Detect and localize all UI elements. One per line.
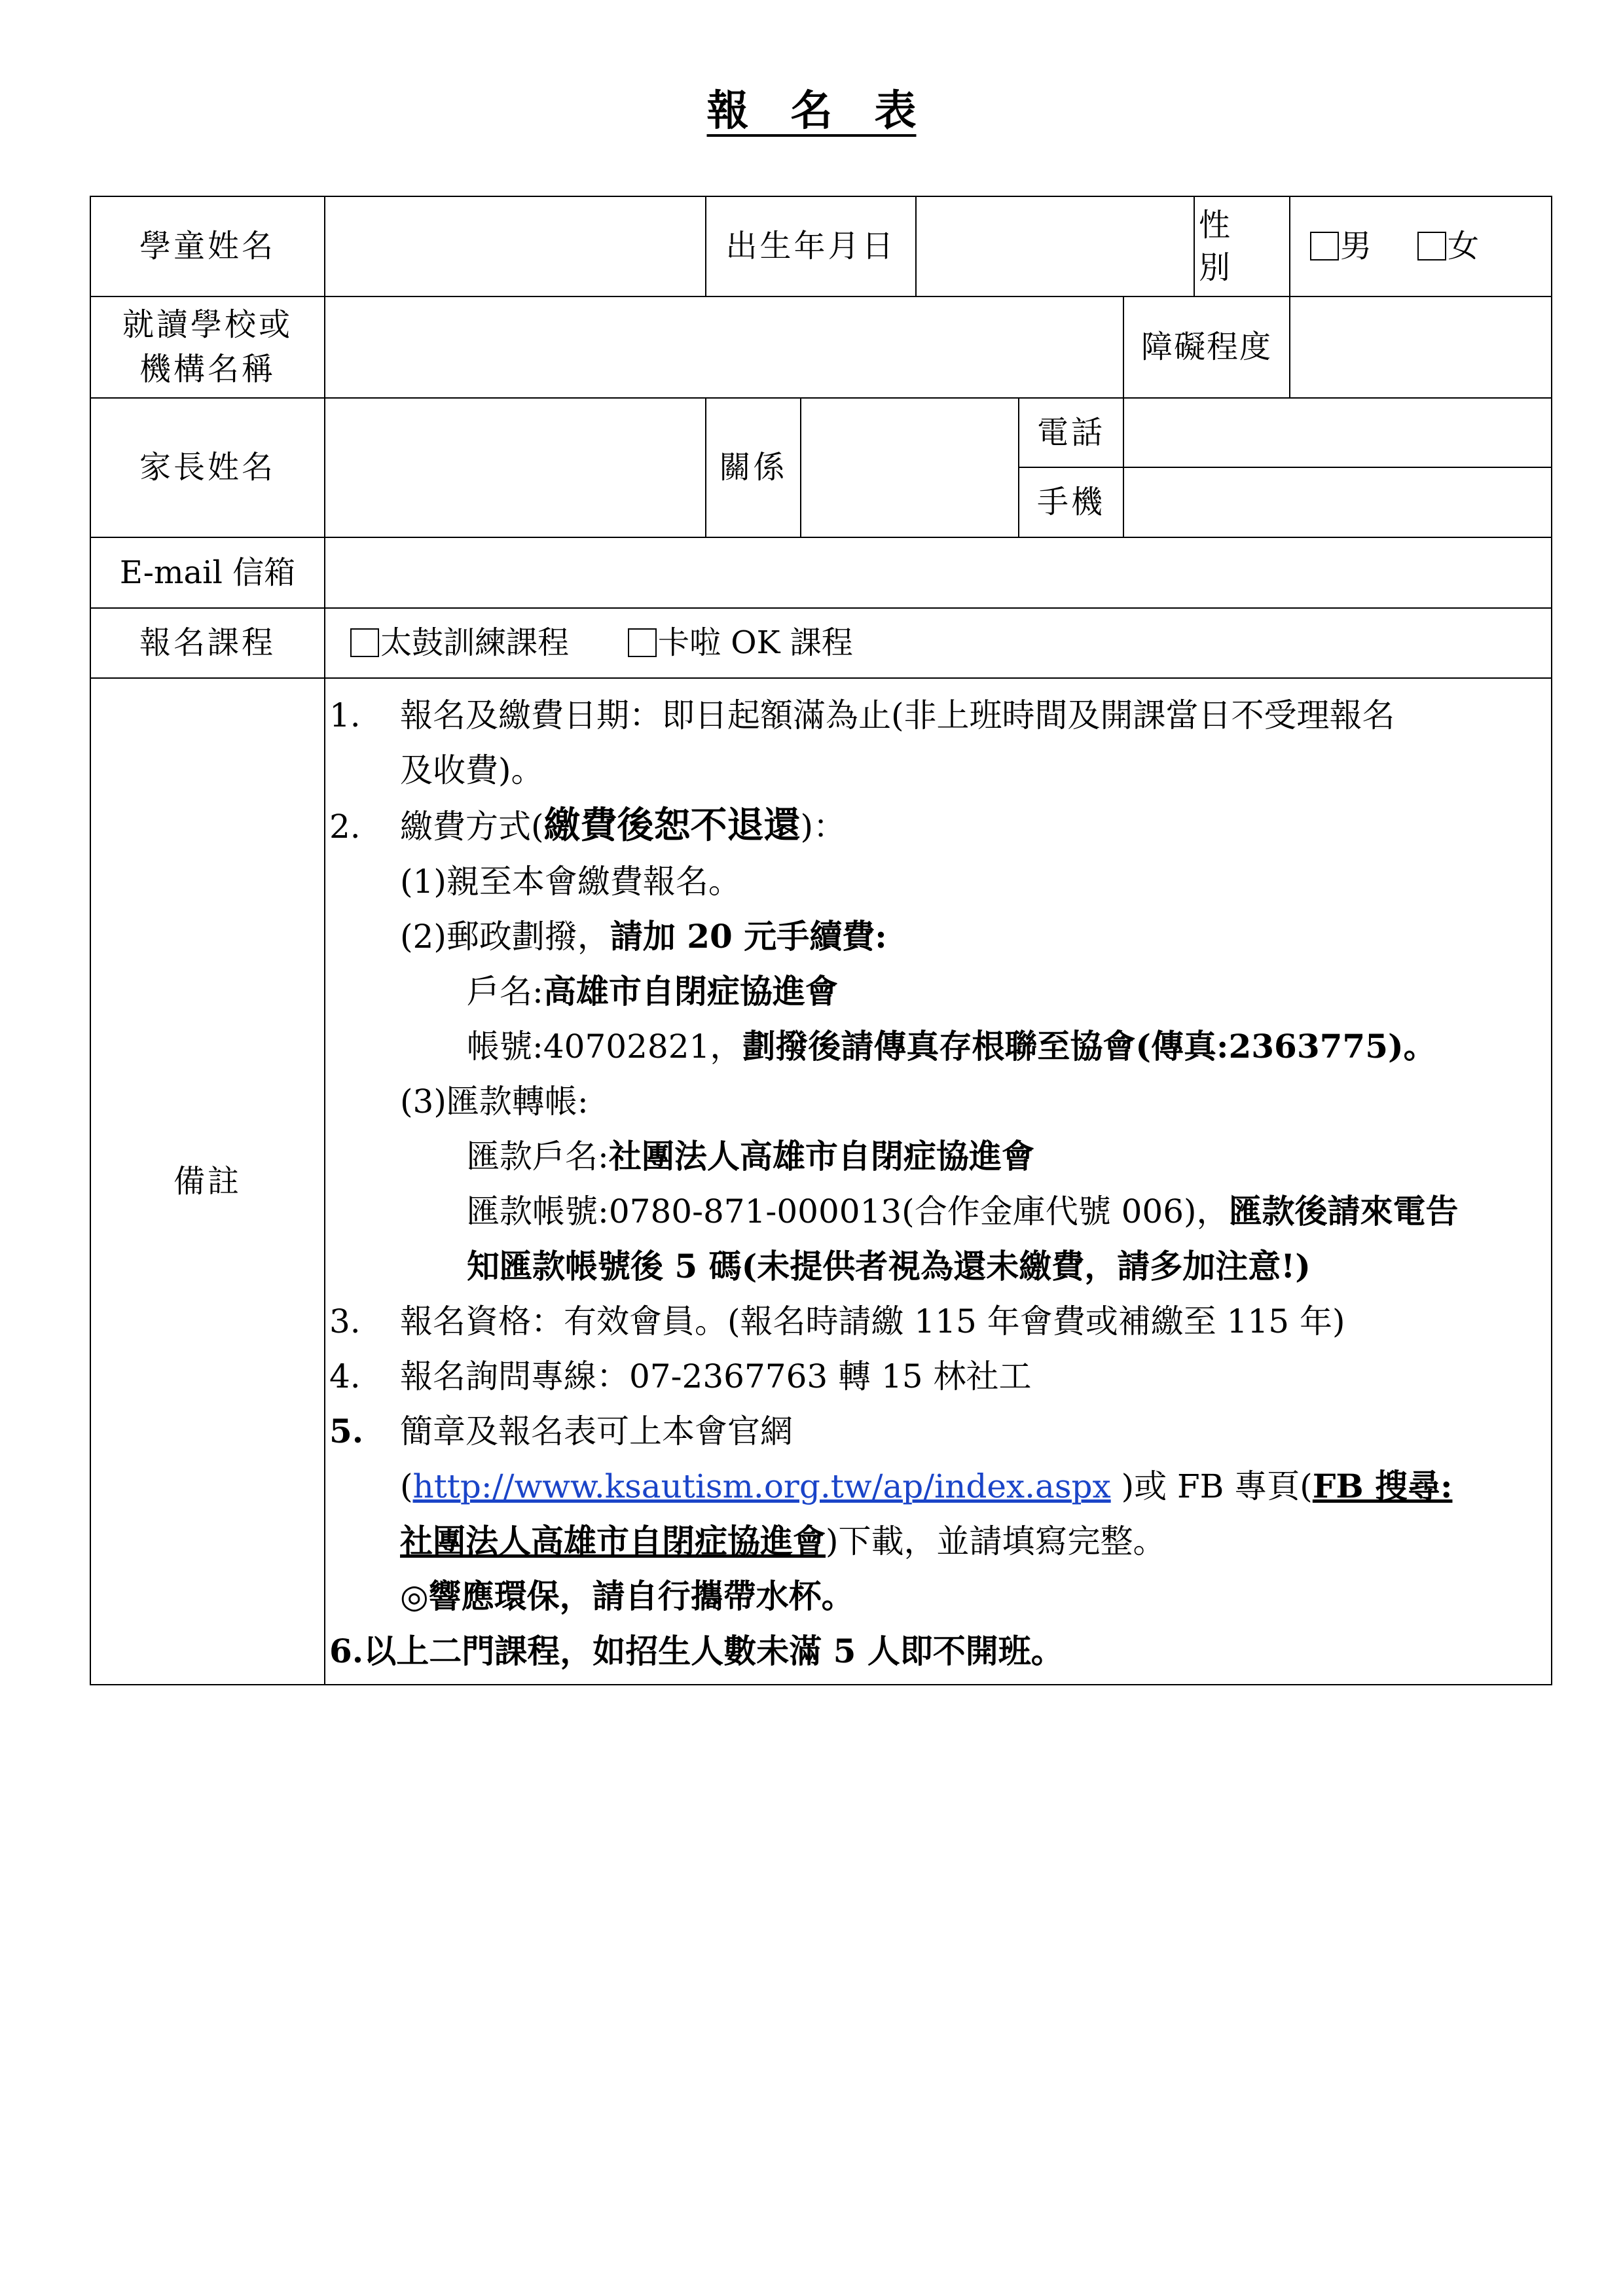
school-label: 就讀學校或機構名稱 [90,296,325,398]
note-5: 5.簡章及報名表可上本會官網 [329,1404,1544,1459]
checkbox-female[interactable] [1417,232,1446,260]
registration-form: 學童姓名 出生年月日 性別 男女 就讀學校或機構名稱 障礙程度 家長姓名 關係 … [90,196,1552,1685]
note-2-3-account: 匯款帳號:0780-871-000013(合作金庫代號 006)，匯款後請來電告 [329,1184,1544,1239]
notes-label: 備註 [90,678,325,1685]
checkbox-male[interactable] [1310,232,1339,260]
note-5-fb-line: 社團法人高雄市自閉症協進會)下載，並請填寫完整。 [329,1514,1544,1569]
parent-name-label: 家長姓名 [90,398,325,537]
child-name-field[interactable] [325,196,706,296]
checkbox-karaoke[interactable] [628,628,657,657]
course-karaoke-label: 卡啦 OK 課程 [658,624,853,661]
email-field[interactable] [325,537,1552,608]
gender-label: 性別 [1194,196,1290,296]
mobile-label: 手機 [1019,467,1123,537]
website-link[interactable]: http://www.ksautism.org.tw/ap/index.aspx [413,1467,1111,1505]
child-name-label: 學童姓名 [90,196,325,296]
note-1: 1.報名及繳費日期：即日起額滿為止(非上班時間及開課當日不受理報名 [329,688,1544,743]
note-2-2: (2)郵政劃撥，請加 20 元手續費: [329,909,1544,964]
note-4: 4.報名詢問專線：07-2367763 轉 15 林社工 [329,1349,1544,1404]
note-2-3: (3)匯款轉帳: [329,1074,1544,1129]
note-1-cont: 及收費)。 [329,743,1544,798]
school-field[interactable] [325,296,1123,398]
birth-date-label: 出生年月日 [706,196,916,296]
disability-field[interactable] [1290,296,1552,398]
course-label: 報名課程 [90,608,325,678]
course-options: 太鼓訓練課程卡啦 OK 課程 [325,608,1552,678]
checkbox-taiko[interactable] [350,628,379,657]
relation-field[interactable] [801,398,1019,537]
parent-name-field[interactable] [325,398,706,537]
note-2: 2.繳費方式(繳費後恕不退還)： [329,798,1544,854]
mobile-field[interactable] [1123,467,1552,537]
note-2-3-name: 匯款戶名:社團法人高雄市自閉症協進會 [329,1129,1544,1184]
page-title: 報 名 表 [0,77,1623,137]
disability-label: 障礙程度 [1123,296,1290,398]
phone-label: 電話 [1019,398,1123,467]
note-5-eco: ◎響應環保，請自行攜帶水杯。 [329,1569,1544,1624]
notes-content: 1.報名及繳費日期：即日起額滿為止(非上班時間及開課當日不受理報名 及收費)。 … [325,678,1552,1685]
note-2-3-cont: 知匯款帳號後 5 碼(未提供者視為還未繳費，請多加注意!) [329,1239,1544,1294]
note-3: 3.報名資格：有效會員。(報名時請繳 115 年會費或補繳至 115 年) [329,1294,1544,1349]
gender-male-label: 男 [1340,228,1372,264]
note-2-2-account: 帳號:40702821，劃撥後請傳真存根聯至協會(傳真:2363775)。 [329,1019,1544,1074]
note-2-1: (1)親至本會繳費報名。 [329,854,1544,909]
relation-label: 關係 [706,398,801,537]
gender-female-label: 女 [1448,228,1479,264]
gender-options: 男女 [1290,196,1552,296]
note-2-2-name: 戶名:高雄市自閉症協進會 [329,964,1544,1019]
note-6: 6.以上二門課程，如招生人數未滿 5 人即不開班。 [329,1624,1544,1679]
course-taiko-label: 太鼓訓練課程 [380,624,569,661]
note-5-link-line: (http://www.ksautism.org.tw/ap/index.asp… [329,1459,1544,1514]
phone-field[interactable] [1123,398,1552,467]
birth-date-field[interactable] [916,196,1194,296]
email-label: E-mail 信箱 [90,537,325,608]
